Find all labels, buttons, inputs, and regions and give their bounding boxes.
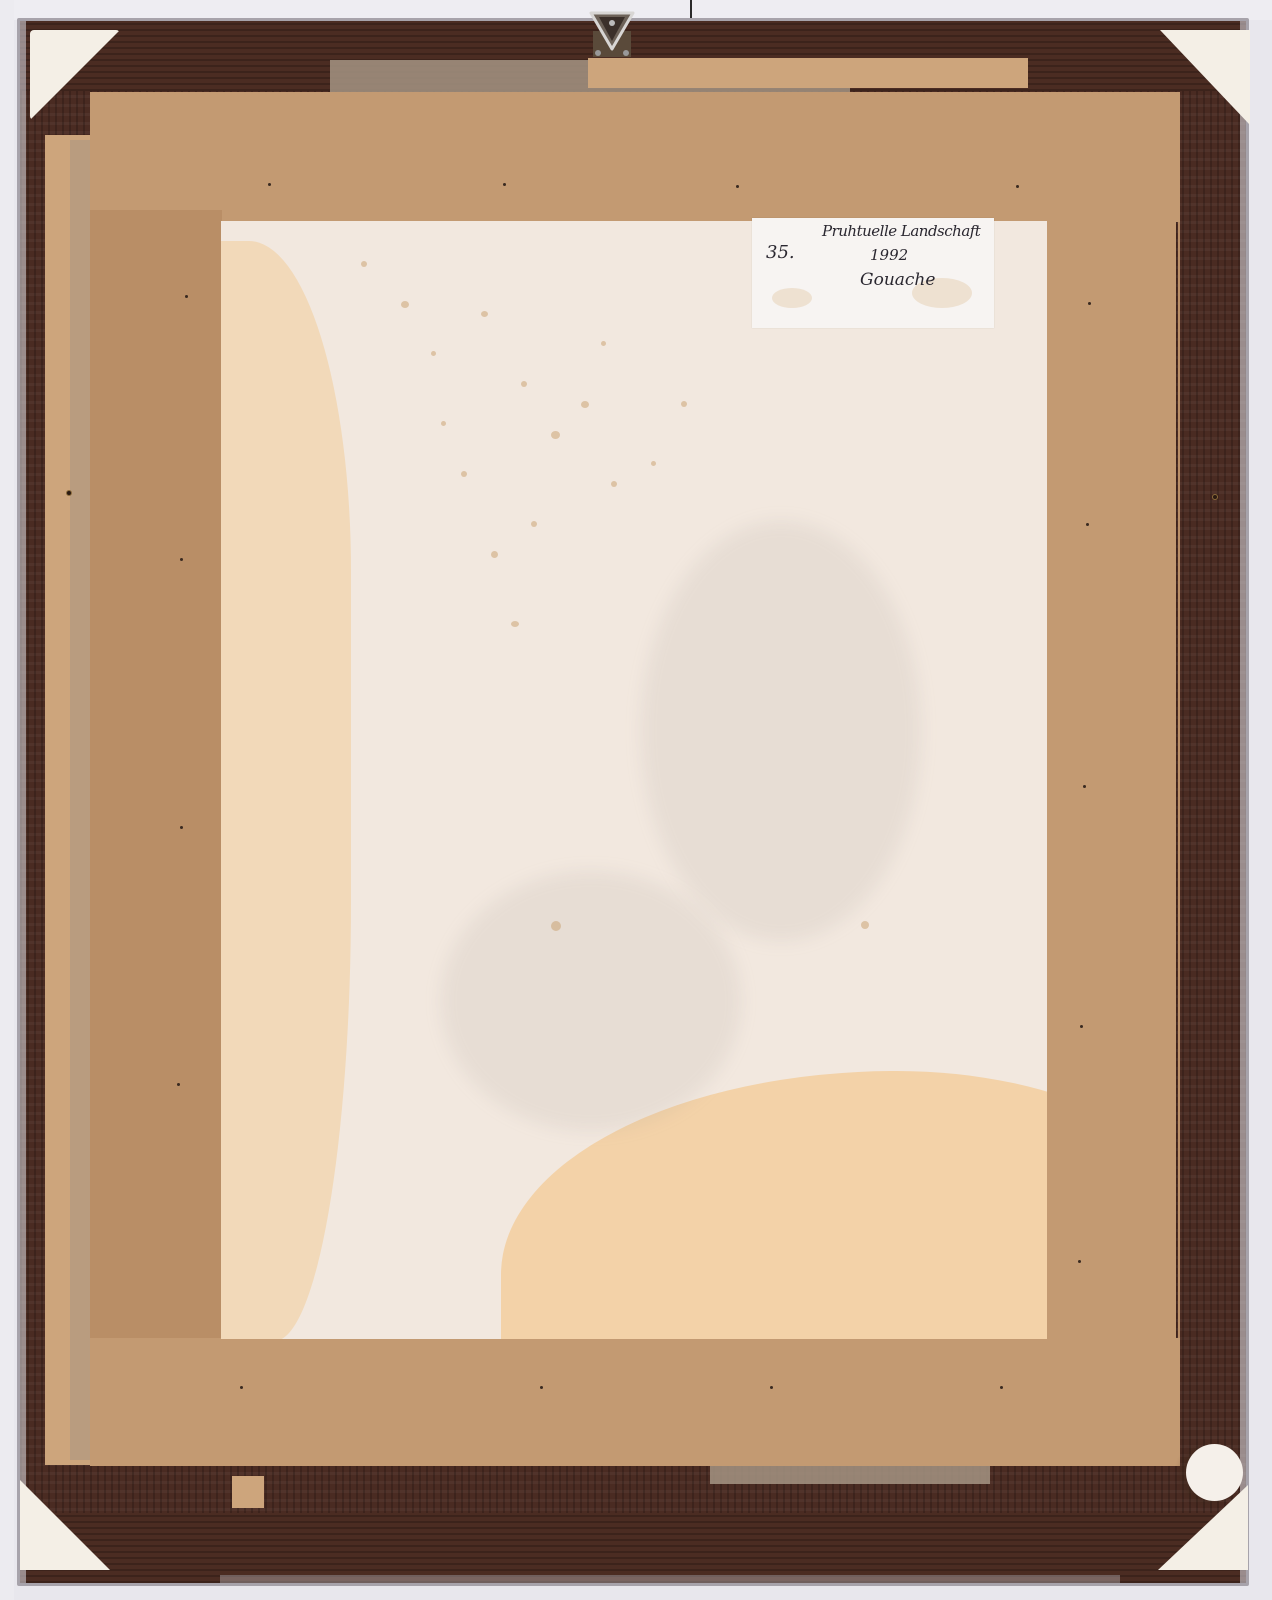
foxing-spot	[551, 431, 560, 439]
foxing-spot	[601, 341, 606, 346]
tack-mark	[1000, 1386, 1003, 1389]
tack-mark	[540, 1386, 543, 1389]
tack-mark	[503, 183, 506, 186]
tack-mark	[1088, 302, 1091, 305]
artwork-back-photo: Pruhtuelle Landschaft 35. 1992 Gouache	[0, 0, 1272, 1600]
wall-mark	[690, 0, 692, 20]
tack-mark	[185, 295, 188, 298]
nail-hole	[66, 490, 72, 496]
foxing-spot	[461, 471, 467, 477]
tack-mark	[180, 558, 183, 561]
label-number: 35.	[766, 242, 795, 263]
tack-mark	[770, 1386, 773, 1389]
tape-bottom	[90, 1338, 1180, 1466]
wall-background-left	[0, 0, 14, 1600]
nail-hole	[1212, 494, 1218, 500]
foxing-spot	[521, 381, 527, 387]
foxing-spot	[611, 481, 617, 487]
tack-mark	[1016, 185, 1019, 188]
pencil-smudge	[441, 871, 741, 1131]
foxing-spot	[681, 401, 687, 407]
tape-right-edge	[1178, 210, 1180, 1430]
foxing-spot	[401, 301, 409, 308]
tape-left	[90, 210, 222, 1390]
tack-mark	[736, 185, 739, 188]
frame-bottom-rail	[20, 1513, 1246, 1583]
handwritten-label: Pruhtuelle Landschaft 35. 1992 Gouache	[752, 218, 994, 328]
foxing-spot	[581, 401, 589, 408]
foxing-spot	[511, 621, 519, 627]
foxing-spot	[431, 351, 436, 356]
artwork-paper-back	[221, 221, 1047, 1339]
tack-mark	[240, 1386, 243, 1389]
foxing-spot	[441, 421, 446, 426]
foxing-spot	[531, 521, 537, 527]
foxing-spot	[651, 461, 656, 466]
label-medium: Gouache	[860, 270, 935, 290]
tape-top	[90, 92, 1180, 222]
foxing-spot	[861, 921, 869, 929]
tack-mark	[268, 183, 271, 186]
label-stain	[772, 288, 812, 308]
foxing-spot	[551, 921, 561, 931]
tack-mark	[1078, 1260, 1081, 1263]
tack-mark	[1083, 785, 1086, 788]
frame-wear-right	[1240, 21, 1246, 1583]
wall-background-top	[0, 0, 1272, 20]
label-year: 1992	[870, 246, 908, 264]
foxing-spot	[481, 311, 488, 317]
frame-wear-left	[20, 21, 26, 1583]
tack-mark	[180, 826, 183, 829]
foxing-spot	[491, 551, 498, 558]
glue-stain-left	[221, 241, 351, 1339]
tape-scrap	[232, 1476, 264, 1508]
foxing-spot	[361, 261, 367, 267]
felt-round-pad	[1186, 1444, 1243, 1501]
pencil-smudge	[641, 521, 921, 941]
label-title: Pruhtuelle Landschaft	[822, 222, 980, 240]
tape-top-strip	[588, 58, 1028, 88]
sawtooth-hanger-icon	[589, 9, 635, 59]
tape-right	[1046, 210, 1176, 1390]
frame-wear-bottom	[220, 1575, 1120, 1583]
tack-mark	[177, 1083, 180, 1086]
tack-mark	[1086, 523, 1089, 526]
tack-mark	[1080, 1025, 1083, 1028]
